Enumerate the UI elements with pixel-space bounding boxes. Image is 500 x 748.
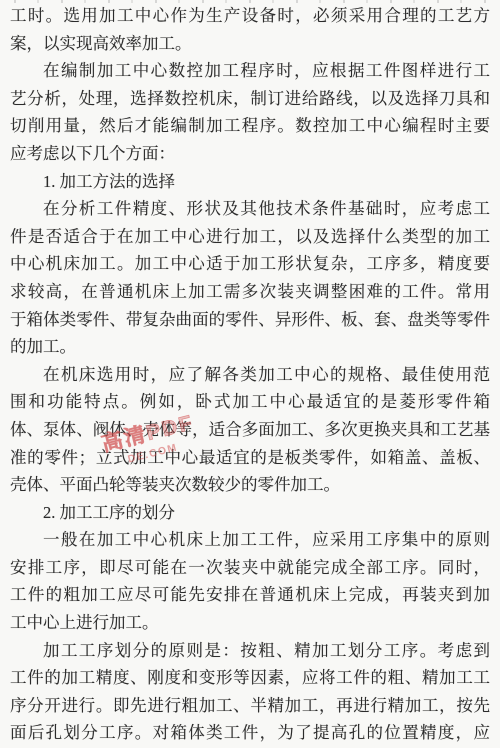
text-line: 工时。选用加工中心作为生产设备时，必须采用合理的工艺方 [10,2,490,30]
text-block: 工时。选用加工中心作为生产设备时，必须采用合理的工艺方 案，以实现高效率加工。 … [10,2,490,747]
text-line: 中心机床加工。加工中心适于加工形状复杂，工序多，精度要 [10,250,490,278]
text-line: 案，以实现高效率加工。 [10,30,490,58]
text-line: 准的零件；立式加工中心最适宜的是板类零件，如箱盖、盖板、 [10,444,490,472]
paragraph: 在机床选用时，应了解各类加工中心的规格、最佳使用范 围和功能特点。例如，卧式加工… [10,361,490,499]
scanned-document-page: 工时。选用加工中心作为生产设备时，必须采用合理的工艺方 案，以实现高效率加工。 … [0,0,500,748]
text-line: 求较高，在普通机床上加工需多次装夹调整困难的工件。常用 [10,278,490,306]
text-line: 序分开进行。即先进行粗加工、半精加工，再进行精加工，按先 [10,692,490,720]
paragraph: 一般在加工中心机床上加工工件，应采用工序集中的原则 安排工序，即尽可能在一次装夹… [10,526,490,636]
text-line: 应考虑以下几个方面： [10,140,490,168]
paragraph: 在分析工件精度、形状及其他技术条件基础时，应考虑工 件是否适合于在加工中心进行加… [10,195,490,361]
heading-line: 2. 加工工序的划分 [10,499,490,527]
text-line: 面后孔划分工序。对箱体类工件，为了提高孔的位置精度，应 [10,719,490,747]
text-line: 艺分析，处理，选择数控机床，制订进给路线，以及选择刀具和 [10,85,490,113]
section-heading: 2. 加工工序的划分 [10,499,490,527]
text-line: 在编制加工中心数控加工程序时，应根据工件图样进行工 [10,57,490,85]
text-line: 切削用量，然后才能编制加工程序。数控加工中心编程时主要 [10,112,490,140]
paragraph: 在编制加工中心数控加工程序时，应根据工件图样进行工 艺分析，处理，选择数控机床，… [10,57,490,167]
section-heading: 1. 加工方法的选择 [10,168,490,196]
text-line: 的加工。 [10,333,490,361]
text-line: 工中心上进行加工。 [10,609,490,637]
heading-line: 1. 加工方法的选择 [10,168,490,196]
paragraph: 工时。选用加工中心作为生产设备时，必须采用合理的工艺方 案，以实现高效率加工。 [10,2,490,57]
text-line: 工件的加工精度、刚度和变形等因素，应将工件的粗、精加工工 [10,664,490,692]
text-line: 工件的粗加工应尽可能先安排在普通机床上完成，再装夹到加 [10,581,490,609]
paragraph: 加工工序划分的原则是：按粗、精加工划分工序。考虑到 工件的加工精度、刚度和变形等… [10,637,490,747]
text-line: 在分析工件精度、形状及其他技术条件基础时，应考虑工 [10,195,490,223]
text-line: 体、泵体、阀体、壳体等，适合多面加工、多次更换夹具和工艺基 [10,416,490,444]
text-line: 在机床选用时，应了解各类加工中心的规格、最佳使用范 [10,361,490,389]
text-line: 于箱体类零件、带复杂曲面的零件、异形件、板、套、盘类等零件 [10,306,490,334]
text-line: 壳体、平面凸轮等装夹次数较少的零件加工。 [10,471,490,499]
text-line: 件是否适合于在加工中心进行加工，以及选择什么类型的加工 [10,223,490,251]
text-line: 一般在加工中心机床上加工工件，应采用工序集中的原则 [10,526,490,554]
text-line: 围和功能特点。例如，卧式加工中心最适宜的是菱形零件箱 [10,388,490,416]
text-line: 加工工序划分的原则是：按粗、精加工划分工序。考虑到 [10,637,490,665]
text-line: 安排工序，即尽可能在一次装夹中就能完成全部工序。同时， [10,554,490,582]
